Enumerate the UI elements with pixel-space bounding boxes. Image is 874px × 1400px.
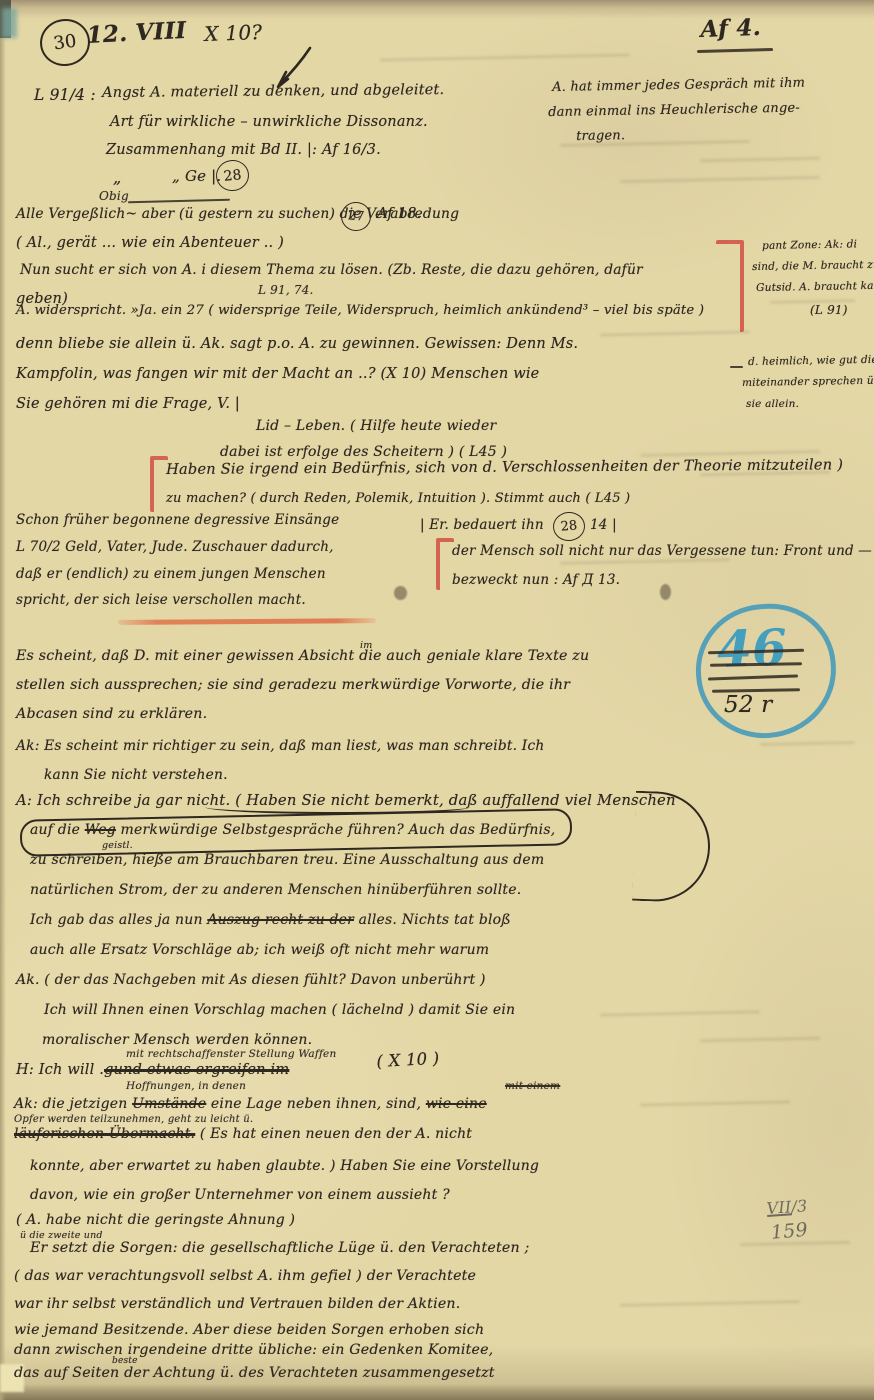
line-fragment: ( Es hat einen neuen den der A. nicht [195,1126,472,1142]
line-fragment: Ak: die jetzigen [14,1096,132,1112]
margin-note-line: sind, die M. braucht zum [752,259,874,273]
title-underline [697,48,773,53]
left-edge-shadow [0,0,6,1400]
struck-phrase: gund etwas ergreifen im [104,1062,289,1078]
page-number-circle: 30 [37,16,93,70]
body-line: war ihr selbst verständlich und Vertraue… [14,1296,460,1312]
body-line: Ak: Es scheint mir richtiger zu sein, da… [16,738,544,754]
body-line: daß er (endlich) zu einem jungen Mensche… [16,566,326,582]
manuscript-page: 30 12. VIII X 10? Af 4. A. hat immer jed… [0,0,874,1400]
body-line: Es scheint, daß D. mit einer gewissen Ab… [16,648,589,664]
body-line: das auf Seiten der Achtung ü. des Verach… [14,1365,495,1381]
ink-bleedthrough [700,157,820,163]
red-pencil-line [118,618,376,624]
body-line: ( das war verachtungsvoll selbst A. ihm … [14,1268,476,1284]
insertion-word: Hoffnungen, in denen [126,1080,246,1092]
body-line: auf die Weg merkwürdige Selbstgespräche … [30,822,555,838]
struck-phrase: Auszug recht zu der [207,912,354,928]
body-line: davon, wie ein großer Unternehmer von ei… [30,1187,450,1203]
ditto-mark: „ [113,168,122,187]
struck-word: wie eine [426,1096,487,1112]
body-line: der Mensch soll nicht nur das Vergessene… [452,543,872,559]
signature-suffix: /3 [791,1196,808,1216]
circled-number: 28 [552,511,586,543]
body-line: Af 18. [377,206,421,222]
body-line: dann zwischen irgendeine dritte übliche:… [14,1342,493,1358]
body-line: Nun sucht er sich von A. i diesem Thema … [20,262,643,278]
signature-line1: VII/3 [766,1196,808,1218]
body-line: auch alle Ersatz Vorschläge ab; ich weiß… [30,942,489,958]
body-line: Ak. ( der das Nachgeben mit As diesen fü… [16,972,486,988]
line-fragment: H: Ich will . [16,1062,104,1078]
margin-note-line: pant Zone: Ak: di [762,238,857,252]
line-fragment: alles. Nichts tat bloß [354,912,511,928]
ink-bleedthrough [760,741,855,746]
circled-number-value: 28 [223,167,242,185]
body-line: H: Ich will .gund etwas ergreifen im [16,1062,289,1078]
body-line: bezweckt nun : Af Д 13. [452,572,620,588]
margin-note-line: A. hat immer jedes Gespräch mit ihm [552,76,805,95]
line-fragment: auf die [30,822,85,838]
circled-number: 28 [214,158,250,192]
ink-bleedthrough [600,1010,760,1016]
body-line: wie jemand Besitzende. Aber diese beiden… [14,1322,484,1338]
x10-mark: ( X 10 ) [376,1049,440,1071]
line-fragment: Ich gab das alles ja nun [30,912,207,928]
body-line: ( A. habe nicht die geringste Ahnung ) [16,1212,295,1228]
overwritten-small-line: Opfer werden teilzunehmen, geht zu leich… [14,1114,253,1125]
page-title: Af 4. [700,14,761,43]
margin-note-line: miteinander sprechen ü. lassen [742,374,874,389]
insertion-word: Obig [99,189,129,203]
corner-teal-smudge [2,8,17,38]
date-mark: 12. VIII [86,17,187,49]
ink-bleedthrough [620,176,820,183]
reference-note: L 91, 74. [258,283,314,297]
insertion-line [128,199,230,203]
body-line: Kampfolin, was fangen wir mit der Macht … [16,366,539,382]
body-line: Ich gab das alles ja nun Auszug recht zu… [30,912,511,928]
ink-bleedthrough [700,1037,820,1043]
ink-bleedthrough [640,1100,790,1106]
struck-word: Umstände [132,1096,206,1112]
query-mark: X 10? [204,20,263,46]
margin-note-line: Gutsid. A. braucht kaum [756,280,874,294]
body-line: läuferischen Übermacht. ( Es hat einen n… [14,1126,472,1142]
revision-new-number: 52 r [724,692,772,718]
ink-bleedthrough [620,1300,800,1307]
body-line: denn bliebe sie allein ü. Ak. sagt p.o. … [16,336,578,352]
body-line: Er setzt die Sorgen: die gesellschaftlic… [30,1240,530,1256]
ink-bleedthrough [380,53,630,61]
body-line: L 70/2 Geld, Vater, Jude. Zuschauer dadu… [16,539,334,555]
struck-insertion: mit einem [505,1080,560,1092]
body-line: moralischer Mensch werden können. [42,1032,312,1048]
body-line: | Er. bedauert ihn [420,517,544,533]
body-line: Abcasen sind zu erklären. [16,706,207,722]
corner-dark-chip [0,0,11,38]
body-line: Schon früher begonnene degressive Einsän… [16,512,339,528]
margin-note-line: d. heimlich, wie gut die zwei [748,353,874,368]
circled-number-value: 27 [347,208,365,224]
margin-note-line: dann einmal ins Heuchlerische ange- [548,101,800,120]
margin-note-line: tragen. [576,128,625,144]
line-fragment: merkwürdige Selbstgespräche führen? Auch… [116,822,555,838]
body-line: „ Ge |. [172,167,221,185]
body-line: A. widerspricht. »Ja. ein 27 ( widerspri… [16,303,704,318]
body-line: konnte, aber erwartet zu haben glaubte. … [30,1158,539,1174]
bottom-edge-shadow [0,1384,874,1400]
body-line: Lid – Leben. ( Hilfe heute wieder [256,418,496,434]
body-line: ( Al., gerät … wie ein Abenteuer .. ) [16,235,284,251]
body-line: 14 | [590,517,617,533]
signature-line2: 159 [770,1219,809,1244]
page-number: 30 [52,31,78,55]
body-line: kann Sie nicht verstehen. [44,767,228,783]
body-line: Ich will Ihnen einen Vorschlag machen ( … [44,1002,515,1018]
ink-enclosure-arc [632,791,712,904]
struck-phrase: läuferischen Übermacht. [14,1126,195,1142]
margin-note-line: sie allein. [746,398,799,410]
body-line: zu machen? ( durch Reden, Polemik, Intui… [166,491,630,506]
circled-number-value: 28 [560,518,578,534]
insertion-line: mit rechtschaffenster Stellung Waffen [126,1048,336,1060]
body-line: Angst A. materiell zu denken, und abgele… [102,82,444,101]
body-line: natürlichen Strom, der zu anderen Mensch… [30,882,521,898]
revision-old-number: 46 [716,618,788,679]
body-line: zu schreiben, hieße am Brauchbaren treu.… [30,852,544,868]
ink-blot [660,584,671,600]
body-line: spricht, der sich leise verschollen mach… [16,592,306,608]
body-line: Sie gehören mi die Frage, V. | [16,396,240,412]
body-line: Art für wirkliche – unwirkliche Dissonan… [110,114,428,130]
body-line: dabei ist erfolge des Scheitern ) ( L45 … [220,444,507,460]
body-line: stellen sich aussprechen; sie sind gerad… [16,677,570,693]
ink-bleedthrough [560,558,730,565]
margin-dash [730,366,743,368]
ink-blot [394,586,407,600]
line-fragment: eine Lage neben ihnen, sind, [206,1096,426,1112]
body-line: Zusammenhang mit Bd II. |: Af 16/3. [106,142,381,158]
body-line: Ak: die jetzigen Umstände eine Lage nebe… [14,1096,487,1112]
reference-label: L 91/4 : [34,86,96,104]
red-bracket [716,240,744,332]
insertion-word: geistl. [102,840,133,851]
struck-word: Weg [85,822,116,838]
margin-note-line: (L 91) [810,303,848,317]
signature-roman: VII [766,1197,792,1218]
